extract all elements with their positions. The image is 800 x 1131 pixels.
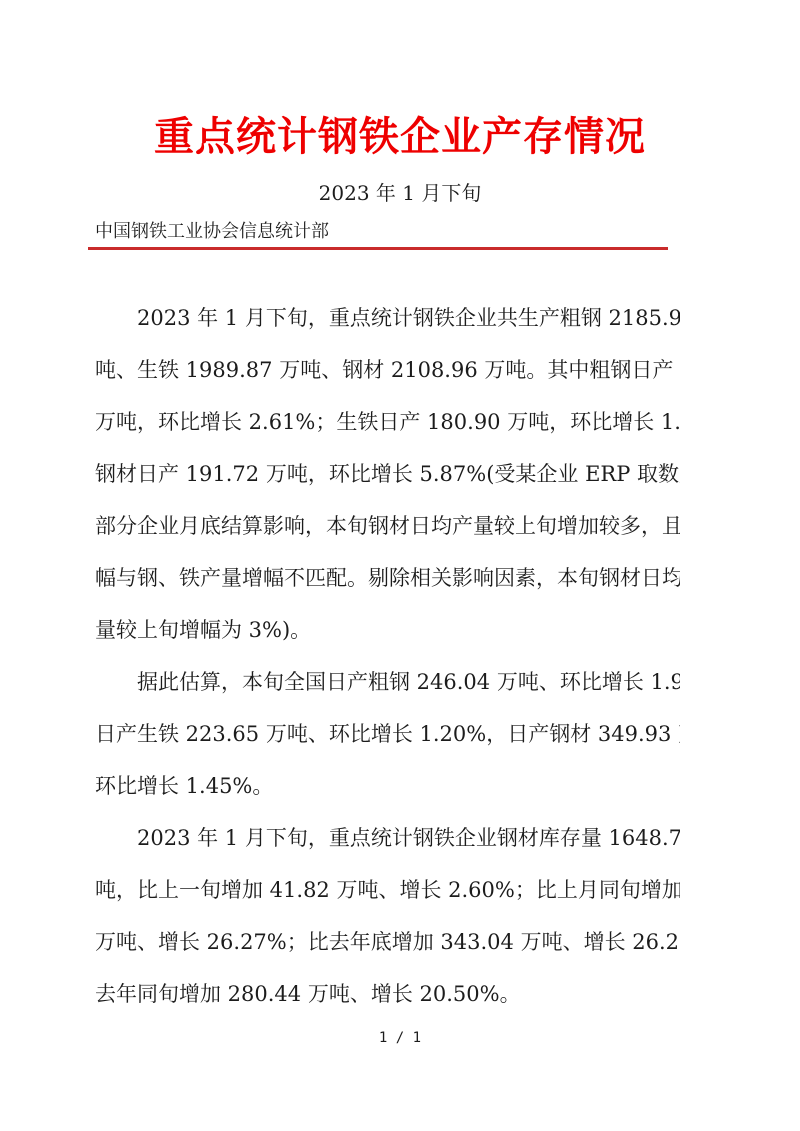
body-line: 幅与钢、铁产量增幅不匹配。剔除相关影响因素，本旬钢材日均产 — [95, 552, 680, 604]
body-line: 环比增长 1.45%。 — [95, 760, 680, 812]
body-line: 吨，比上一旬增加 41.82 万吨、增长 2.60%；比上月同旬增加 343.0… — [95, 864, 680, 916]
paragraph-production: 2023 年 1 月下旬，重点统计钢铁企业共生产粗钢 2185.93 万 吨、生… — [95, 292, 680, 656]
body-line: 日产生铁 223.65 万吨、环比增长 1.20%，日产钢材 349.93 万吨… — [95, 708, 680, 760]
department-name: 中国钢铁工业协会信息统计部 — [95, 219, 329, 245]
body-line: 去年同旬增加 280.44 万吨、增长 20.50%。 — [95, 968, 680, 1020]
body-line: 万吨，环比增长 2.61%；生铁日产 180.90 万吨，环比增长 1.47 ； — [95, 396, 680, 448]
body-line: 2023 年 1 月下旬，重点统计钢铁企业钢材库存量 1648.70 万 — [95, 812, 680, 864]
page-title: 重点统计钢铁企业产存情况 — [0, 114, 800, 160]
document-page: 重点统计钢铁企业产存情况 2023 年 1 月下旬 中国钢铁工业协会信息统计部 … — [0, 0, 800, 1131]
dateline: 2023 年 1 月下旬 — [0, 179, 800, 207]
body-line: 2023 年 1 月下旬，重点统计钢铁企业共生产粗钢 2185.93 万 — [95, 292, 680, 344]
body-line: 据此估算，本旬全国日产粗钢 246.04 万吨、环比增长 1.95%， — [95, 656, 680, 708]
paragraph-inventory: 2023 年 1 月下旬，重点统计钢铁企业钢材库存量 1648.70 万 吨，比… — [95, 812, 680, 1020]
paragraph-national-estimate: 据此估算，本旬全国日产粗钢 246.04 万吨、环比增长 1.95%， 日产生铁… — [95, 656, 680, 812]
body-line: 万吨、增长 26.27%；比去年底增加 343.04 万吨、增长 26.27%；… — [95, 916, 680, 968]
body-line: 吨、生铁 1989.87 万吨、钢材 2108.96 万吨。其中粗钢日产 198… — [95, 344, 680, 396]
header-divider — [88, 247, 668, 250]
body-line: 钢材日产 191.72 万吨，环比增长 5.87%(受某企业 ERP 取数原则及 — [95, 448, 680, 500]
body-line: 量较上旬增幅为 3%)。 — [95, 604, 680, 656]
document-body: 2023 年 1 月下旬，重点统计钢铁企业共生产粗钢 2185.93 万 吨、生… — [95, 292, 680, 1020]
body-line: 部分企业月底结算影响，本旬钢材日均产量较上旬增加较多，且增 — [95, 500, 680, 552]
page-number: 1 / 1 — [0, 1028, 800, 1048]
